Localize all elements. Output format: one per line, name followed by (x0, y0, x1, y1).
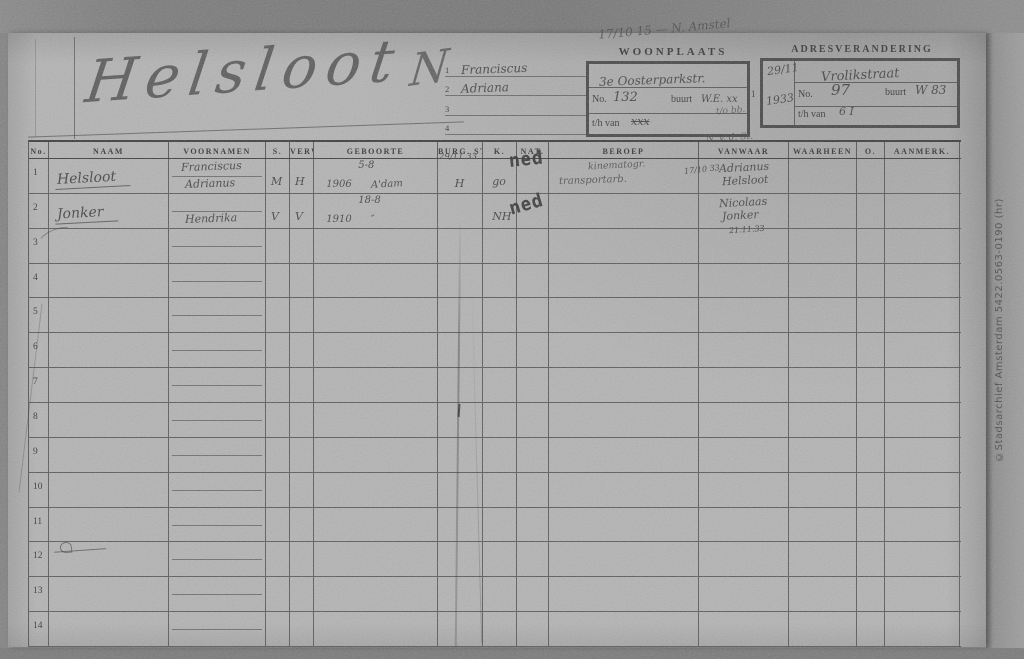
cell-geboorte (314, 229, 438, 263)
cell-s (266, 229, 290, 263)
cell-burg-st (438, 298, 483, 332)
cell-vanwaar (699, 508, 789, 542)
cell-naam (49, 612, 169, 646)
row-number: 10 (33, 482, 43, 492)
adres-th-label: t/h van (798, 109, 826, 120)
table-row-4: 4 (28, 264, 961, 299)
cell-nat (517, 612, 549, 646)
cell-voornamen (169, 403, 266, 437)
cell-nat (517, 473, 549, 507)
table-row-12: 12 (28, 542, 961, 577)
table-row-2: 2JonkerHendrikaVV18-81910″NHnedNicolaasJ… (28, 194, 961, 229)
row-number: 7 (33, 377, 38, 387)
woonplaats-title: WOONPLAATS (588, 46, 758, 58)
cell-naam (49, 264, 169, 298)
cell-burg-st (438, 194, 483, 228)
row-number: 4 (33, 273, 38, 283)
table-row-7: 7 (28, 368, 961, 403)
header-vertical-rule-faint (35, 39, 36, 137)
cell-vanwaar (699, 264, 789, 298)
cell-nat (517, 298, 549, 332)
voornaam-2: Hendrika (185, 211, 238, 226)
adres-th-row: t/h van 6 I (795, 107, 957, 125)
cell-k (483, 438, 517, 472)
cell-waarheen (789, 368, 857, 402)
row-number: 13 (33, 586, 43, 596)
cell-naam (49, 508, 169, 542)
name-line-number: 1 (445, 65, 449, 75)
cell-o (857, 403, 885, 437)
name-line-number: 3 (445, 104, 449, 114)
cell-verw (290, 577, 314, 611)
s-value: V (271, 210, 279, 223)
cell-voornamen (169, 368, 266, 402)
table-header-row: No.NAAMVOORNAMENS.VERW.GEBOORTEBURG. ST.… (28, 140, 961, 159)
cell-waarheen (789, 542, 857, 576)
row-number: 12 (33, 551, 43, 561)
cell-nat: ned (517, 159, 549, 193)
header-vertical-rule (74, 37, 75, 139)
adresverandering-title: ADRESVERANDERING (766, 44, 958, 55)
cell-burg-st (438, 438, 483, 472)
cell-burg-st (438, 229, 483, 263)
geb-date-2: 1910 (326, 214, 351, 225)
cell-waarheen (789, 333, 857, 367)
cell-nat (517, 438, 549, 472)
cell-verw (290, 438, 314, 472)
name-line: 2 Adriana (445, 77, 587, 97)
cell-k (483, 473, 517, 507)
cell-beroep (549, 194, 699, 228)
register-card: Helsloot N 1 Franciscus 2 Adriana 3 4 17… (8, 33, 986, 647)
cell-naam (49, 229, 169, 263)
cell-k (483, 612, 517, 646)
cell-s (266, 438, 290, 472)
adresverandering-row-number: 1 (751, 89, 756, 99)
cell-beroep (549, 577, 699, 611)
cell-verw (290, 333, 314, 367)
name-lines-block: 1 Franciscus 2 Adriana 3 4 (445, 57, 587, 135)
cell-burg-st (438, 577, 483, 611)
cell-voornamen (169, 264, 266, 298)
cell-burg-st: 29/11 33H (438, 159, 483, 193)
geb-place: A'dam (370, 178, 402, 191)
cell-beroep (549, 508, 699, 542)
cell-o (857, 159, 885, 193)
scanner-background-left (0, 33, 8, 648)
cell-o (857, 438, 885, 472)
cell-s (266, 368, 290, 402)
cell-naam (49, 438, 169, 472)
vanwaar-2: Jonker (722, 208, 759, 223)
cell-beroep (549, 473, 699, 507)
cell-waarheen (789, 473, 857, 507)
cell-o (857, 264, 885, 298)
cell-geboorte (314, 264, 438, 298)
cell-beroep: kinematogr.transportarb. (549, 159, 699, 193)
cell-s: V (266, 194, 290, 228)
table-row-1: 1HelslootFranciscusAdrianusMH5-81906A'da… (28, 159, 961, 194)
cell-beroep (549, 333, 699, 367)
cell-beroep (549, 368, 699, 402)
adresverandering-box: 29/11 1933 Vrolikstraat No. 97 buurt W 8… (760, 58, 960, 128)
cell-o (857, 298, 885, 332)
cell-aanmerk (885, 298, 960, 332)
cell-beroep (549, 403, 699, 437)
cell-geboorte (314, 438, 438, 472)
cell-vanwaar (699, 577, 789, 611)
name-line-number: 2 (445, 84, 449, 94)
cell-no: 6 (29, 333, 49, 367)
cell-geboorte (314, 298, 438, 332)
geb-place: ″ (370, 214, 374, 225)
cell-voornamen: FranciscusAdrianus (169, 159, 266, 193)
cell-burg-st (438, 403, 483, 437)
cell-waarheen (789, 577, 857, 611)
geb-date-1: 5-8 (358, 160, 374, 171)
cell-geboorte (314, 542, 438, 576)
burg-st-code: H (455, 177, 465, 190)
cell-geboorte: 18-81910″ (314, 194, 438, 228)
cell-burg-st (438, 612, 483, 646)
cell-geboorte (314, 508, 438, 542)
cell-voornamen (169, 333, 266, 367)
voornaam-2: Adrianus (185, 176, 236, 191)
cell-nat (517, 333, 549, 367)
adres-no-label: No. (798, 89, 813, 100)
cell-o (857, 368, 885, 402)
cell-o (857, 473, 885, 507)
column-header-2: VOORNAMEN (169, 142, 266, 158)
cell-verw (290, 508, 314, 542)
cell-naam (49, 403, 169, 437)
cell-s (266, 612, 290, 646)
cell-beroep (549, 298, 699, 332)
cell-aanmerk (885, 508, 960, 542)
cell-o (857, 508, 885, 542)
cell-s (266, 264, 290, 298)
woonplaats-no-value: 132 (613, 90, 638, 105)
cell-vanwaar (699, 403, 789, 437)
cell-k (483, 333, 517, 367)
column-header-12: O. (857, 142, 885, 158)
woonplaats-buurt-value: W.E. xx (701, 94, 738, 105)
cell-beroep (549, 264, 699, 298)
cell-voornamen (169, 612, 266, 646)
surname-underline (28, 121, 464, 137)
table-row-5: 5 (28, 298, 961, 333)
table-row-11: 11 (28, 508, 961, 543)
cell-nat (517, 542, 549, 576)
cell-k (483, 298, 517, 332)
cell-s (266, 333, 290, 367)
table-row-8: 8 (28, 403, 961, 438)
woonplaats-note-1: t/o bb. (715, 105, 745, 117)
adres-street-row: Vrolikstraat (795, 61, 957, 83)
cell-naam: Helsloot (49, 159, 169, 193)
row-number: 2 (33, 203, 38, 213)
verw-value: H (295, 175, 305, 188)
name-line-number: 4 (445, 123, 449, 133)
column-header-13: AANMERK. (885, 142, 960, 158)
cell-geboorte (314, 333, 438, 367)
row-number: 6 (33, 342, 38, 352)
cell-voornamen (169, 229, 266, 263)
cell-no: 13 (29, 577, 49, 611)
adres-date-bottom: 1933 (765, 91, 795, 108)
burg-st-date: 29/11 33 (439, 152, 477, 162)
beroep-1: kinematogr. (587, 159, 645, 173)
cell-aanmerk (885, 264, 960, 298)
woonplaats-th-row: t/h van xxx (589, 114, 747, 134)
voornaam-1: Franciscus (181, 159, 242, 174)
cell-burg-st (438, 264, 483, 298)
vanwaar-1: Nicolaas (718, 195, 767, 211)
name-line-text: Franciscus (461, 60, 528, 76)
row-number: 3 (33, 238, 38, 248)
cell-aanmerk (885, 194, 960, 228)
cell-naam (49, 542, 169, 576)
cell-vanwaar (699, 368, 789, 402)
adres-no-value: 97 (831, 81, 850, 99)
cell-aanmerk (885, 159, 960, 193)
adres-th-value: 6 I (839, 105, 854, 118)
table-row-10: 10 (28, 473, 961, 508)
column-header-5: GEBOORTE (314, 142, 438, 158)
adresverandering-date-cell: 29/11 1933 (763, 61, 795, 125)
row-number: 9 (33, 447, 38, 457)
cell-beroep (549, 229, 699, 263)
cell-aanmerk (885, 403, 960, 437)
adres-number-row: No. 97 buurt W 83 (795, 83, 957, 107)
name-line: 4 (445, 116, 587, 136)
row-number: 11 (33, 517, 42, 527)
cell-verw (290, 368, 314, 402)
cell-burg-st (438, 473, 483, 507)
cell-no: 7 (29, 368, 49, 402)
k-value: NH (492, 210, 511, 223)
woonplaats-buurt-label: buurt (671, 94, 692, 105)
cell-verw (290, 612, 314, 646)
cell-aanmerk (885, 473, 960, 507)
cell-s (266, 298, 290, 332)
row-number: 1 (33, 168, 38, 178)
k-value: go (492, 175, 506, 188)
scanner-background-right (986, 33, 1024, 648)
cell-waarheen (789, 159, 857, 193)
cell-k (483, 229, 517, 263)
geb-date-2: 1906 (326, 179, 351, 190)
cell-waarheen (789, 403, 857, 437)
cell-k (483, 577, 517, 611)
cell-s (266, 403, 290, 437)
cell-geboorte (314, 473, 438, 507)
cell-verw: V (290, 194, 314, 228)
cell-geboorte (314, 612, 438, 646)
column-header-10: VANWAAR (699, 142, 789, 158)
column-header-0: No. (29, 142, 49, 158)
table-row-13: 13 (28, 577, 961, 612)
cell-beroep (549, 612, 699, 646)
row-number: 8 (33, 412, 38, 422)
naam-value: Helsloot (55, 168, 131, 190)
cell-nat (517, 368, 549, 402)
cell-geboorte: 5-81906A'dam (314, 159, 438, 193)
cell-vanwaar (699, 473, 789, 507)
surname-large-handwriting: Helsloot (82, 26, 408, 117)
cell-naam (49, 473, 169, 507)
cell-no: 8 (29, 403, 49, 437)
cell-verw (290, 264, 314, 298)
cell-no: 2 (29, 194, 49, 228)
cell-no: 14 (29, 612, 49, 646)
cell-voornamen (169, 508, 266, 542)
cell-geboorte (314, 368, 438, 402)
woonplaats-no-label: No. (592, 94, 607, 105)
cell-verw (290, 542, 314, 576)
cell-voornamen (169, 577, 266, 611)
cell-waarheen (789, 298, 857, 332)
cell-waarheen (789, 438, 857, 472)
column-header-9: BEROEP (549, 142, 699, 158)
cell-waarheen (789, 194, 857, 228)
cell-nat (517, 508, 549, 542)
cell-nat (517, 577, 549, 611)
cell-voornamen (169, 298, 266, 332)
table-row-6: 6 (28, 333, 961, 368)
cell-naam (49, 577, 169, 611)
cell-vanwaar (699, 298, 789, 332)
cell-s: M (266, 159, 290, 193)
cell-waarheen (789, 264, 857, 298)
cell-verw (290, 473, 314, 507)
column-header-1: NAAM (49, 142, 169, 158)
archive-copyright: ©Stadsarchief Amsterdam 5422.0563-0190 (… (994, 198, 1005, 462)
cell-aanmerk (885, 229, 960, 263)
cell-vanwaar: NicolaasJonker21.11.33 (699, 194, 789, 228)
cell-voornamen: Hendrika (169, 194, 266, 228)
row-number: 5 (33, 307, 38, 317)
cell-vanwaar (699, 542, 789, 576)
cell-burg-st (438, 368, 483, 402)
scanned-register-card-page: ©Stadsarchief Amsterdam 5422.0563-0190 (… (0, 0, 1024, 659)
cell-verw (290, 229, 314, 263)
cell-nat (517, 264, 549, 298)
cell-voornamen (169, 542, 266, 576)
cell-waarheen (789, 229, 857, 263)
cell-geboorte (314, 577, 438, 611)
column-header-4: VERW. (290, 142, 314, 158)
cell-o (857, 229, 885, 263)
cell-aanmerk (885, 542, 960, 576)
cell-aanmerk (885, 438, 960, 472)
woonplaats-box: 3e Oosterparkstr. No. 132 buurt W.E. xx … (586, 61, 750, 137)
cell-aanmerk (885, 368, 960, 402)
cell-o (857, 333, 885, 367)
cell-verw: H (290, 159, 314, 193)
cell-aanmerk (885, 612, 960, 646)
scanner-background-bottom (0, 648, 1024, 659)
name-line-text: Adriana (461, 80, 509, 96)
cell-waarheen (789, 612, 857, 646)
cell-vanwaar (699, 333, 789, 367)
vanwaar-2: Helsloot (722, 173, 769, 188)
cell-naam (49, 333, 169, 367)
woonplaats-th-label: t/h van (592, 118, 620, 129)
cell-o (857, 577, 885, 611)
nat-stamp: ned (508, 146, 545, 172)
verw-value: V (295, 210, 303, 223)
table-row-9: 9 (28, 438, 961, 473)
scanner-background-top (0, 0, 1024, 33)
cell-waarheen (789, 508, 857, 542)
cell-naam (49, 368, 169, 402)
cell-no: 9 (29, 438, 49, 472)
cell-burg-st (438, 333, 483, 367)
cell-o (857, 194, 885, 228)
cell-k (483, 508, 517, 542)
naam-value: Jonker (55, 203, 118, 224)
cell-o (857, 612, 885, 646)
column-header-11: WAARHEEN (789, 142, 857, 158)
cell-vanwaar (699, 438, 789, 472)
cell-s (266, 473, 290, 507)
adres-buurt-value: W 83 (915, 83, 946, 97)
cell-no: 1 (29, 159, 49, 193)
cell-no: 5 (29, 298, 49, 332)
cell-verw (290, 403, 314, 437)
cell-k (483, 368, 517, 402)
cell-no: 4 (29, 264, 49, 298)
cell-naam: Jonker (49, 194, 169, 228)
cell-aanmerk (885, 577, 960, 611)
register-table-rows: 1HelslootFranciscusAdrianusMH5-81906A'da… (28, 159, 961, 647)
cell-burg-st (438, 508, 483, 542)
geb-date-1: 18-8 (358, 195, 380, 206)
cell-beroep (549, 542, 699, 576)
cell-no: 11 (29, 508, 49, 542)
cell-nat (517, 229, 549, 263)
cell-vanwaar (699, 612, 789, 646)
cell-o (857, 542, 885, 576)
adresverandering-main: Vrolikstraat No. 97 buurt W 83 t/h van 6… (795, 61, 957, 125)
cell-beroep (549, 438, 699, 472)
cell-k (483, 403, 517, 437)
name-line: 3 (445, 96, 587, 116)
cell-aanmerk (885, 333, 960, 367)
woonplaats-street-value: 3e Oosterparkstr. (599, 71, 706, 89)
column-header-3: S. (266, 142, 290, 158)
table-row-3: 3 (28, 229, 961, 264)
woonplaats-street-row: 3e Oosterparkstr. (589, 64, 747, 88)
row-number: 14 (33, 621, 43, 631)
name-line: 1 Franciscus (445, 57, 587, 77)
cell-s (266, 577, 290, 611)
beroep-2: transportarb. (559, 174, 627, 187)
cell-voornamen (169, 473, 266, 507)
cell-vanwaar: 17/10 33AdrianusHelsloot (699, 159, 789, 193)
cell-naam (49, 298, 169, 332)
cell-geboorte (314, 403, 438, 437)
cell-s (266, 508, 290, 542)
cell-burg-st (438, 542, 483, 576)
cell-no: 10 (29, 473, 49, 507)
cell-nat: ned (517, 194, 549, 228)
cell-verw (290, 298, 314, 332)
cell-nat (517, 403, 549, 437)
s-value: M (271, 175, 282, 188)
cell-vanwaar (699, 229, 789, 263)
